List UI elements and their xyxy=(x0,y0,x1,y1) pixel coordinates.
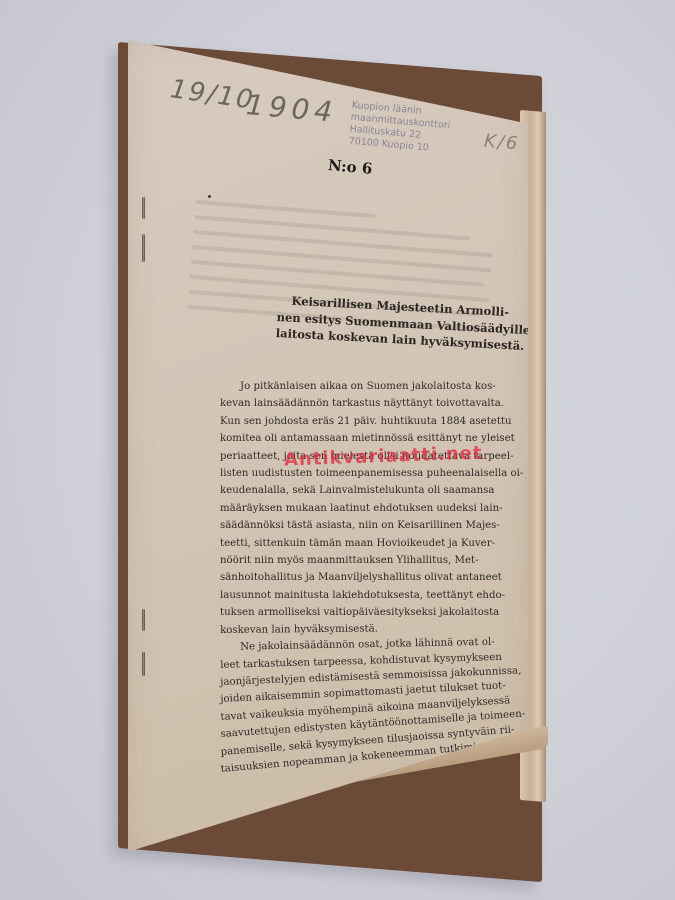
body-line: säädännöksi tästä asiasta, niin on Keisa… xyxy=(220,517,520,534)
staple xyxy=(142,197,145,219)
office-stamp: Kuopion läänin maanmittauskonttori Halli… xyxy=(348,100,452,157)
document-title: Keisarillisen Majesteetin Armolli- nen e… xyxy=(275,292,501,353)
body-line: lausunnot mainitusta lakiehdotuksesta, t… xyxy=(220,587,520,604)
body-line: keudenalalla, sekä Lainvalmistelukunta o… xyxy=(220,482,520,499)
document-number: N:o 6 xyxy=(327,156,373,178)
staple xyxy=(142,234,145,262)
body-line: Kun sen johdosta eräs 21 päiv. huhtikuut… xyxy=(220,413,520,430)
body-line: Jo pitkänlaisen aikaa on Suomen jakolait… xyxy=(220,378,520,395)
paper-speck xyxy=(208,195,211,198)
handwritten-date: 19/10 xyxy=(168,74,256,116)
body-line: teetti, sittenkuin tämän maan Hovioikeud… xyxy=(220,535,520,552)
body-line: sänhoitohallitus ja Maanviljelyshallitus… xyxy=(220,569,520,586)
document-body: Jo pitkänlaisen aikaa on Suomen jakolait… xyxy=(220,378,520,778)
body-line: listen uudistusten toimeenpanemisessa pu… xyxy=(220,465,520,482)
body-line: määräyksen mukaan laatinut ehdotuksen uu… xyxy=(220,500,520,517)
handwritten-code: K/6 xyxy=(483,131,520,155)
body-line: nöörit niin myös maanmittauksen Ylihalli… xyxy=(220,552,520,569)
handwritten-year: 1904 xyxy=(245,88,339,129)
body-line: kevan lainsäädännön tarkastus näyttänyt … xyxy=(220,395,520,412)
staple xyxy=(142,609,145,631)
document-front-page: 19/10 1904 K/6 Kuopion läänin maanmittau… xyxy=(128,40,528,860)
staple xyxy=(142,652,145,676)
